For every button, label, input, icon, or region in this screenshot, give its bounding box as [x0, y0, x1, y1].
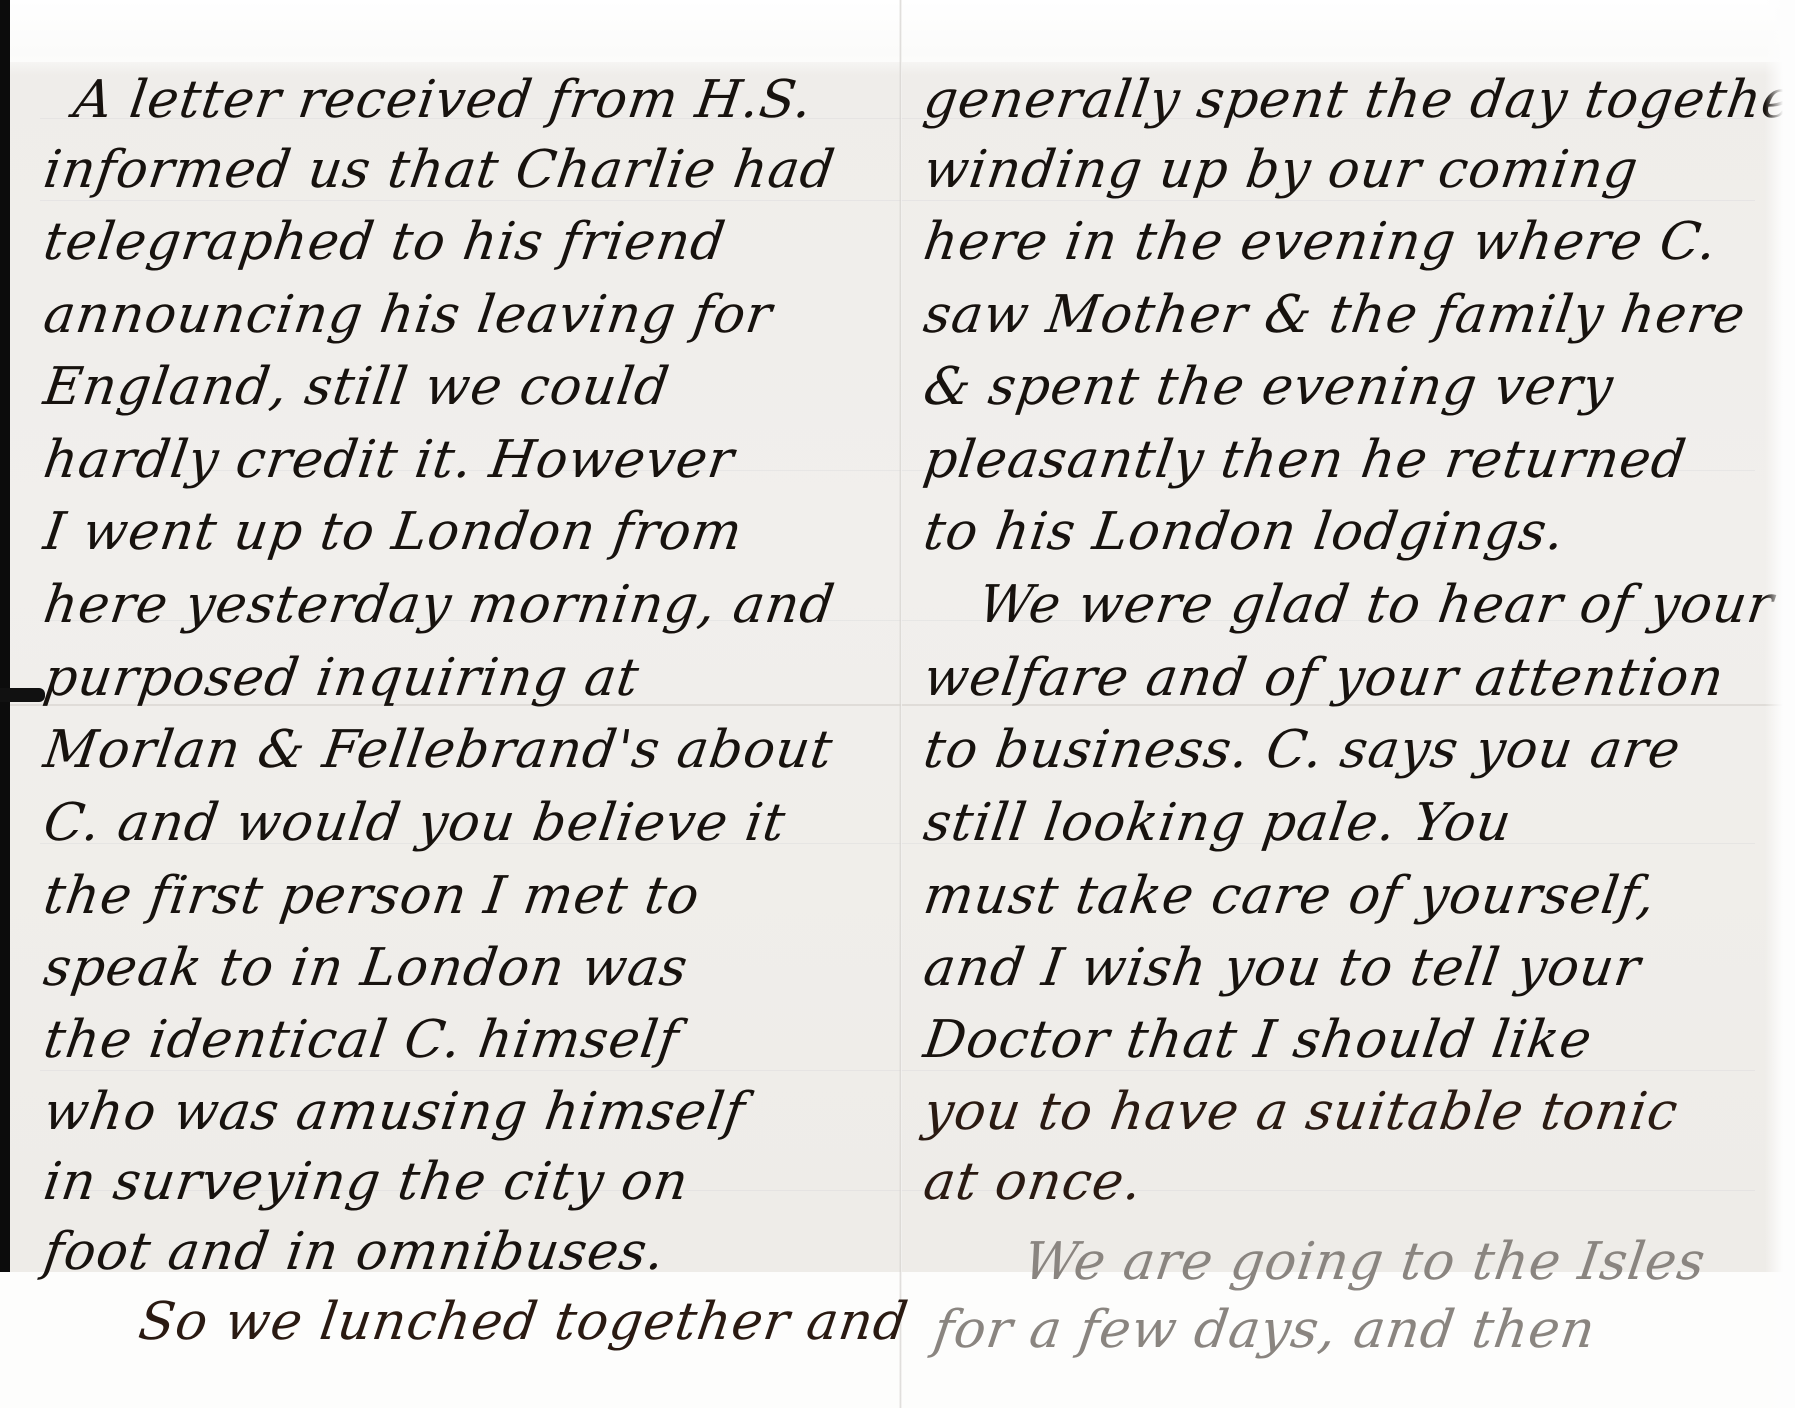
left-page: A letter received from H.S. informed us … [0, 0, 900, 1408]
letter-line: generally spent the day together [920, 70, 1795, 130]
letter-line: at once. [920, 1152, 1146, 1212]
letter-line: Doctor that I should like [920, 1010, 1596, 1070]
letter-line: and I wish you to tell your [920, 938, 1645, 998]
letter-line: We were glad to hear of your [975, 575, 1778, 635]
letter-line: informed us that Charlie had [40, 140, 839, 200]
letter-line: announcing his leaving for [40, 285, 776, 345]
letter-line: here in the evening where C. [920, 212, 1721, 272]
letter-line: England, still we could [40, 357, 673, 417]
letter-line: Morlan & Fellebrand's about [40, 720, 837, 780]
letter-line: the identical C. himself [40, 1010, 683, 1070]
letter-line: the first person I met to [40, 866, 704, 926]
letter-line: you to have a suitable tonic [920, 1082, 1682, 1142]
letter-line: I went up to London from [40, 502, 746, 562]
letter-line: who was amusing himself [40, 1082, 749, 1142]
letter-line: & spent the evening very [920, 357, 1617, 417]
letter-line: here yesterday morning, and [40, 575, 839, 635]
letter-line: A letter received from H.S. [70, 70, 816, 130]
letter-line: winding up by our coming [920, 140, 1642, 200]
letter-line: in surveying the city on [40, 1152, 693, 1212]
letter-line: saw Mother & the family here [920, 285, 1749, 345]
right-page: generally spent the day together winding… [900, 0, 1795, 1408]
letter-line: to business. C. says you are [920, 720, 1685, 780]
letter-line: purposed inquiring at [40, 648, 643, 708]
letter-scan: A letter received from H.S. informed us … [0, 0, 1795, 1408]
paper-right-edge [1765, 0, 1795, 1408]
letter-line: C. and would you believe it [40, 793, 789, 853]
letter-line: to his London lodgings. [920, 502, 1569, 562]
letter-line: hardly credit it. However [40, 430, 738, 490]
letter-line: must take care of yourself, [920, 866, 1659, 926]
letter-line: still looking pale. You [920, 793, 1515, 853]
letter-line: speak to in London was [40, 938, 692, 998]
letter-line: telegraphed to his friend [40, 212, 729, 272]
letter-line: pleasantly then he returned [920, 430, 1690, 490]
letter-line: welfare and of your attention [920, 648, 1728, 708]
